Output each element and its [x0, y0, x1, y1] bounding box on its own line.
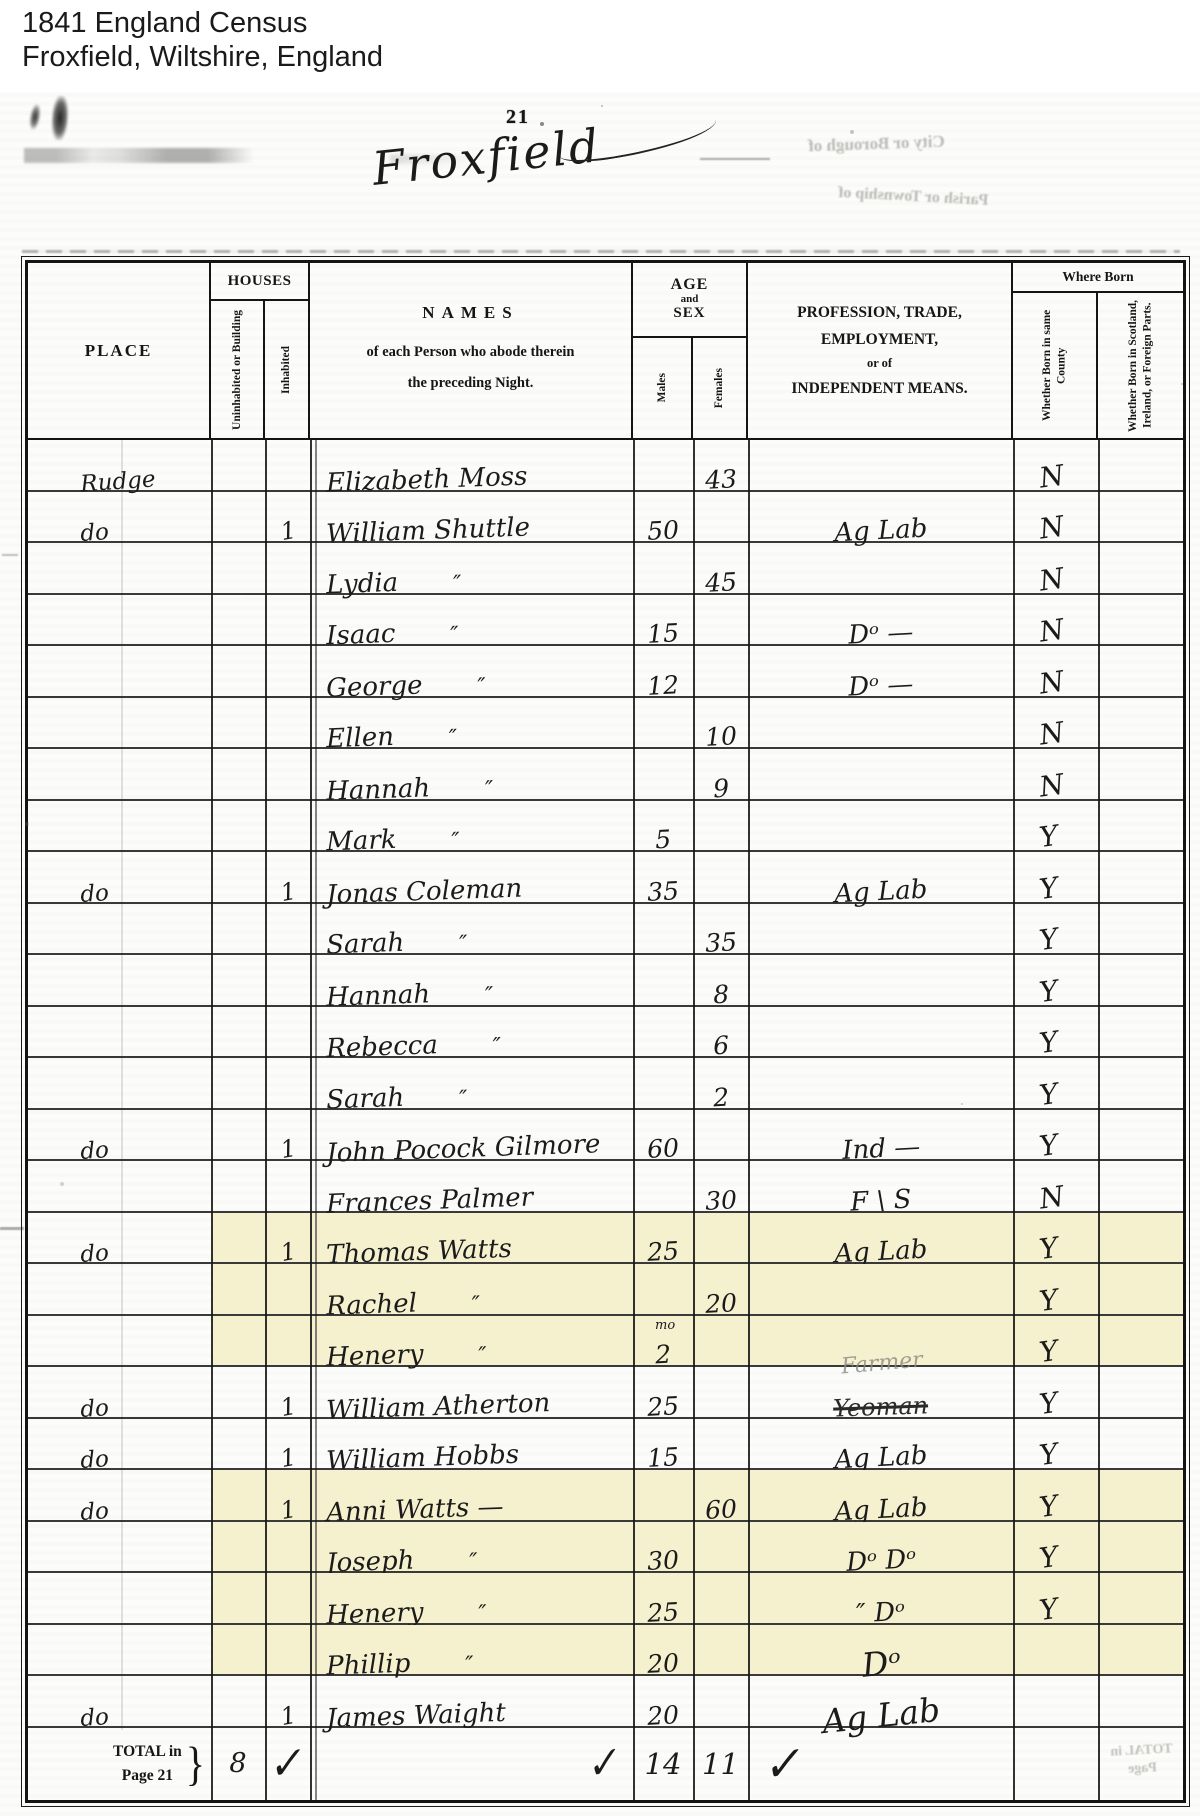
cell-inhabited: 1: [265, 852, 310, 902]
born-county-label: Whether Born in same County: [1040, 293, 1069, 438]
cell-born-county: N: [1013, 1161, 1098, 1211]
cell-born-county: N: [1013, 595, 1098, 645]
page: { "header": { "title": "1841 England Cen…: [0, 0, 1200, 1816]
cell-inhabited: 1: [265, 1419, 310, 1469]
cell-inhabited: 1: [265, 1110, 310, 1160]
column-rule: [265, 440, 267, 1800]
profession-line-3: or of: [867, 353, 892, 375]
table-row: Sarah″ 2 Y: [28, 1058, 1183, 1110]
cell-name: Frances Palmer: [310, 1161, 633, 1211]
handwritten-place-title: Froxfield: [370, 118, 603, 196]
cell-inhabited: [265, 646, 310, 696]
column-header-males: Males: [633, 338, 693, 438]
cell-age-males: 5: [633, 801, 693, 851]
cell-inhabited: [265, 1058, 310, 1108]
cell-born-elsewhere: [1098, 595, 1183, 645]
cell-born-county: Y: [1013, 852, 1098, 902]
cell-age-females: [693, 1110, 748, 1160]
checkmark: ✓: [759, 1735, 803, 1793]
cell-age-females: 35: [693, 904, 748, 954]
total-houses-check: ✓: [265, 1728, 310, 1800]
cell-uninhabited: [211, 749, 265, 799]
cell-profession: Ag Lab: [748, 1213, 1013, 1263]
scan-artifact-dash: [2, 554, 18, 556]
column-rule: [633, 440, 635, 1800]
cell-born-county: N: [1013, 440, 1098, 490]
cell-place: [28, 749, 211, 799]
cell-born-county: Y: [1013, 1058, 1098, 1108]
cell-born-county: Y: [1013, 955, 1098, 1005]
census-rows: Rudge Elizabeth Moss 43 N do 1 William S…: [28, 440, 1183, 1728]
cell-uninhabited: [211, 1264, 265, 1314]
cell-uninhabited: [211, 1522, 265, 1572]
cell-born-county: N: [1013, 698, 1098, 748]
cell-name: William Shuttle: [310, 492, 633, 542]
cell-place: do: [28, 1419, 211, 1469]
cell-name: Lydia″: [310, 543, 633, 593]
cell-place: [28, 801, 211, 851]
cell-age-males: mo2: [633, 1316, 693, 1366]
cell-place: do: [28, 1110, 211, 1160]
cell-profession: [748, 955, 1013, 1005]
cell-age-females: 6: [693, 1007, 748, 1057]
table-row: Isaac″ 15 Dᵒ — N: [28, 595, 1183, 647]
column-rule: [310, 440, 312, 1800]
cell-age-males: [633, 749, 693, 799]
females-label: Females: [712, 368, 726, 408]
cell-uninhabited: [211, 1213, 265, 1263]
cell-age-males: [633, 440, 693, 490]
total-females: 11: [693, 1728, 748, 1800]
cell-born-county: Y: [1013, 1419, 1098, 1469]
cell-profession: [748, 1007, 1013, 1057]
cell-name: Sarah″: [310, 904, 633, 954]
cell-age-females: 45: [693, 543, 748, 593]
cell-born-county: [1013, 1676, 1098, 1726]
cell-born-county: Y: [1013, 1007, 1098, 1057]
cell-uninhabited: [211, 955, 265, 1005]
cell-age-males: [633, 1470, 693, 1520]
cell-name: Thomas Watts: [310, 1213, 633, 1263]
cell-inhabited: [265, 440, 310, 490]
ink-smudge: [50, 95, 69, 140]
cell-born-elsewhere: [1098, 698, 1183, 748]
cell-age-females: 10: [693, 698, 748, 748]
cell-uninhabited: [211, 1007, 265, 1057]
cell-name: Jonas Coleman: [310, 852, 633, 902]
cell-place: do: [28, 1470, 211, 1520]
cell-inhabited: 1: [265, 492, 310, 542]
cell-profession: Ag Lab: [748, 852, 1013, 902]
table-row: do 1 John Pocock Gilmore 60 Ind — Y: [28, 1110, 1183, 1162]
cell-profession: Dᵒ: [748, 1625, 1013, 1675]
cell-born-elsewhere: [1098, 1625, 1183, 1675]
cell-inhabited: 1: [265, 1213, 310, 1263]
total-label: TOTAL in Page 21 }: [28, 1728, 211, 1800]
cell-uninhabited: [211, 1573, 265, 1623]
table-row: Henery″ 25 ″ Dᵒ Y: [28, 1573, 1183, 1625]
cell-profession: Ag Lab: [748, 1676, 1013, 1726]
table-row: Rudge Elizabeth Moss 43 N: [28, 440, 1183, 492]
cell-name: Phillip″: [310, 1625, 633, 1675]
column-rule: [1013, 440, 1015, 1800]
cell-born-county: [1013, 1625, 1098, 1675]
cell-age-males: 35: [633, 852, 693, 902]
cell-born-elsewhere: [1098, 543, 1183, 593]
census-table: PLACE HOUSES Uninhabited or Building Inh…: [25, 260, 1186, 1803]
cell-born-elsewhere: [1098, 1161, 1183, 1211]
table-row: Lydia″ 45 N: [28, 543, 1183, 595]
cell-name: Hannah″: [310, 749, 633, 799]
cell-age-females: 43: [693, 440, 748, 490]
cell-born-elsewhere: [1098, 1522, 1183, 1572]
cell-name: Sarah″: [310, 1058, 633, 1108]
cell-born-elsewhere: [1098, 749, 1183, 799]
cell-born-elsewhere: [1098, 801, 1183, 851]
cell-place: [28, 698, 211, 748]
total-profession-check: ✓: [748, 1728, 1013, 1800]
cell-place: [28, 1161, 211, 1211]
cell-profession: [748, 698, 1013, 748]
cell-uninhabited: [211, 1367, 265, 1417]
cell-age-males: 20: [633, 1676, 693, 1726]
born-elsewhere-label: Whether Born in Scotland, Ireland, or Fo…: [1126, 293, 1155, 438]
cell-inhabited: [265, 1161, 310, 1211]
cell-born-elsewhere: [1098, 1419, 1183, 1469]
cell-born-elsewhere: [1098, 1007, 1183, 1057]
bleed-through-vline: [121, 440, 123, 1730]
cell-uninhabited: [211, 1058, 265, 1108]
cell-age-males: [633, 955, 693, 1005]
cell-name: George″: [310, 646, 633, 696]
cell-uninhabited: [211, 646, 265, 696]
column-header-born-county: Whether Born in same County: [1013, 293, 1098, 438]
column-header-names: NAMES of each Person who abode therein t…: [310, 263, 633, 438]
cell-name: Mark″: [310, 801, 633, 851]
cell-inhabited: [265, 1573, 310, 1623]
table-row: Sarah″ 35 Y: [28, 904, 1183, 956]
uninhabited-label: Uninhabited or Building: [230, 310, 244, 430]
total-born-county-cell: [1013, 1728, 1098, 1800]
names-subtitle-2: the preceding Night.: [408, 368, 534, 398]
bleed-through-total: TOTAL in Page: [1110, 1740, 1174, 1780]
total-houses-value: 8: [229, 1748, 246, 1779]
table-row: do 1 William Atherton 25 YeomanFarmer Y: [28, 1367, 1183, 1419]
column-rule: [315, 440, 317, 1800]
total-label-line1: TOTAL in: [113, 1740, 182, 1763]
cell-age-males: 50: [633, 492, 693, 542]
cell-born-elsewhere: [1098, 1110, 1183, 1160]
cell-name: Ellen″: [310, 698, 633, 748]
cell-inhabited: [265, 1007, 310, 1057]
column-header-age-sex: AGE and SEX: [633, 263, 748, 338]
cell-age-females: [693, 1522, 748, 1572]
profession-line-2: EMPLOYMENT,: [821, 326, 938, 353]
cell-age-males: [633, 543, 693, 593]
cell-uninhabited: [211, 1676, 265, 1726]
table-row: Hannah″ 8 Y: [28, 955, 1183, 1007]
age-label: AGE: [671, 277, 709, 294]
cell-profession: F \ S: [748, 1161, 1013, 1211]
cell-inhabited: [265, 955, 310, 1005]
cell-age-females: [693, 1419, 748, 1469]
cell-inhabited: [265, 801, 310, 851]
cell-born-county: N: [1013, 749, 1098, 799]
cell-place: [28, 595, 211, 645]
cell-age-females: 20: [693, 1264, 748, 1314]
cell-place: [28, 543, 211, 593]
cell-born-elsewhere: [1098, 1316, 1183, 1366]
table-row: do 1 James Waight 20 Ag Lab: [28, 1676, 1183, 1728]
cell-profession: Ag Lab: [748, 492, 1013, 542]
cell-inhabited: [265, 749, 310, 799]
cell-age-females: [693, 492, 748, 542]
names-subtitle-1: of each Person who abode therein: [367, 337, 575, 367]
cell-age-females: [693, 1213, 748, 1263]
cell-age-males: [633, 904, 693, 954]
cell-profession: [748, 801, 1013, 851]
cell-age-females: 60: [693, 1470, 748, 1520]
cell-born-elsewhere: [1098, 955, 1183, 1005]
cell-uninhabited: [211, 440, 265, 490]
cell-age-females: [693, 1367, 748, 1417]
cell-place: do: [28, 492, 211, 542]
column-rule: [693, 440, 695, 1800]
cell-born-county: N: [1013, 646, 1098, 696]
inhabited-label: Inhabited: [279, 346, 293, 394]
cell-age-females: [693, 801, 748, 851]
cell-age-females: 2: [693, 1058, 748, 1108]
cell-born-elsewhere: [1098, 904, 1183, 954]
cell-name: John Pocock Gilmore: [310, 1110, 633, 1160]
cell-name: Joseph″: [310, 1522, 633, 1572]
document-header: 1841 England Census Froxfield, Wiltshire…: [22, 6, 383, 74]
cell-age-females: 30: [693, 1161, 748, 1211]
cell-inhabited: [265, 543, 310, 593]
cell-uninhabited: [211, 852, 265, 902]
ink-smudge: [28, 103, 42, 130]
males-label: Males: [655, 373, 669, 402]
cell-age-females: [693, 852, 748, 902]
cell-age-males: [633, 1161, 693, 1211]
table-row: Mark″ 5 Y: [28, 801, 1183, 853]
cell-born-elsewhere: [1098, 852, 1183, 902]
cell-profession: [748, 1058, 1013, 1108]
cell-age-females: 9: [693, 749, 748, 799]
bleed-through-text: Parish or Township of: [838, 184, 989, 210]
cell-profession: Dᵒ Dᵒ: [748, 1522, 1013, 1572]
cell-name: William Atherton: [310, 1367, 633, 1417]
cell-place: do: [28, 1367, 211, 1417]
table-row: Joseph″ 30 Dᵒ Dᵒ Y: [28, 1522, 1183, 1574]
cell-name: Rachel″: [310, 1264, 633, 1314]
cell-uninhabited: [211, 1161, 265, 1211]
bleed-through-text: City or Borough of: [808, 132, 945, 157]
table-row: do 1 William Shuttle 50 Ag Lab N: [28, 492, 1183, 544]
cell-inhabited: 1: [265, 1367, 310, 1417]
cell-age-males: 25: [633, 1213, 693, 1263]
cell-age-females: [693, 1676, 748, 1726]
table-row: Phillip″ 20 Dᵒ: [28, 1625, 1183, 1677]
total-houses: 8: [211, 1728, 265, 1800]
cell-age-males: [633, 698, 693, 748]
cell-profession: Ag Lab: [748, 1419, 1013, 1469]
census-title: 1841 England Census: [22, 6, 383, 40]
column-header-inhabited: Inhabited: [265, 301, 310, 438]
cell-born-elsewhere: [1098, 1213, 1183, 1263]
cell-age-males: [633, 1264, 693, 1314]
cell-place: [28, 1058, 211, 1108]
cell-profession: [748, 749, 1013, 799]
cell-age-females: [693, 646, 748, 696]
cell-born-elsewhere: [1098, 1367, 1183, 1417]
cell-born-elsewhere: [1098, 440, 1183, 490]
cell-profession: [748, 543, 1013, 593]
names-title: NAMES: [422, 303, 518, 323]
total-brace: }: [186, 1735, 205, 1791]
cell-name: Anni Watts —: [310, 1470, 633, 1520]
sex-label: SEX: [673, 306, 705, 322]
total-label-line2: Page 21: [113, 1764, 182, 1787]
cell-profession: Ind —: [748, 1110, 1013, 1160]
total-names-check: ✓: [310, 1728, 633, 1800]
cell-born-county: Y: [1013, 1573, 1098, 1623]
table-row: Frances Palmer 30 F \ S N: [28, 1161, 1183, 1213]
cell-age-males: 30: [633, 1522, 693, 1572]
cell-born-county: Y: [1013, 1470, 1098, 1520]
cell-place: [28, 904, 211, 954]
cell-age-males: 60: [633, 1110, 693, 1160]
table-row: do 1 William Hobbs 15 Ag Lab Y: [28, 1419, 1183, 1471]
cell-born-elsewhere: [1098, 1573, 1183, 1623]
cell-place: [28, 1007, 211, 1057]
cell-name: Rebecca″: [310, 1007, 633, 1057]
bleed-through-line: [700, 158, 770, 160]
cell-born-county: N: [1013, 492, 1098, 542]
profession-line-1: PROFESSION, TRADE,: [797, 299, 962, 326]
cell-born-county: Y: [1013, 1110, 1098, 1160]
cell-profession: YeomanFarmer: [748, 1367, 1013, 1417]
cell-uninhabited: [211, 1625, 265, 1675]
cell-age-males: 12: [633, 646, 693, 696]
cell-uninhabited: [211, 904, 265, 954]
table-row: Rebecca″ 6 Y: [28, 1007, 1183, 1059]
cell-uninhabited: [211, 698, 265, 748]
cell-name: Henery″: [310, 1573, 633, 1623]
cell-age-females: [693, 1316, 748, 1366]
cell-born-county: Y: [1013, 1264, 1098, 1314]
table-row: Ellen″ 10 N: [28, 698, 1183, 750]
cell-inhabited: [265, 595, 310, 645]
cell-inhabited: [265, 1264, 310, 1314]
total-males: 14: [633, 1728, 693, 1800]
table-row: do 1 Jonas Coleman 35 Ag Lab Y: [28, 852, 1183, 904]
cell-inhabited: 1: [265, 1676, 310, 1726]
cell-place: [28, 646, 211, 696]
census-body: Rudge Elizabeth Moss 43 N do 1 William S…: [28, 440, 1183, 1800]
cell-place: [28, 1522, 211, 1572]
cell-inhabited: 1: [265, 1470, 310, 1520]
cell-place: [28, 955, 211, 1005]
cell-place: [28, 1264, 211, 1314]
cell-inhabited: [265, 904, 310, 954]
cell-born-county: Y: [1013, 1522, 1098, 1572]
column-rule: [748, 440, 750, 1800]
cell-born-county: Y: [1013, 1367, 1098, 1417]
cell-place: do: [28, 852, 211, 902]
cell-profession: Dᵒ —: [748, 646, 1013, 696]
cell-born-elsewhere: [1098, 492, 1183, 542]
scan-artifact-line: [22, 250, 1180, 253]
cell-name: Henery″: [310, 1316, 633, 1366]
column-header-females: Females: [693, 338, 748, 438]
cell-name: William Hobbs: [310, 1419, 633, 1469]
cell-profession: [748, 904, 1013, 954]
column-header-where-born: Where Born: [1013, 263, 1183, 293]
cell-name: Isaac″: [310, 595, 633, 645]
table-row: Henery″ mo2 Y: [28, 1316, 1183, 1368]
cell-profession: [748, 1264, 1013, 1314]
cell-uninhabited: [211, 543, 265, 593]
cell-uninhabited: [211, 1316, 265, 1366]
cell-name: Hannah″: [310, 955, 633, 1005]
cell-age-males: 15: [633, 1419, 693, 1469]
column-header-houses: HOUSES: [211, 263, 310, 301]
table-row: Rachel″ 20 Y: [28, 1264, 1183, 1316]
column-header-uninhabited: Uninhabited or Building: [211, 301, 265, 438]
cell-age-males: 15: [633, 595, 693, 645]
cell-born-county: N: [1013, 543, 1098, 593]
cell-age-females: [693, 1573, 748, 1623]
cell-uninhabited: [211, 492, 265, 542]
cell-age-males: [633, 1058, 693, 1108]
cell-inhabited: [265, 1625, 310, 1675]
table-row: do 1 Thomas Watts 25 Ag Lab Y: [28, 1213, 1183, 1265]
cell-age-females: [693, 1625, 748, 1675]
cell-name: Elizabeth Moss: [310, 440, 633, 490]
table-header: PLACE HOUSES Uninhabited or Building Inh…: [28, 263, 1183, 440]
cell-inhabited: [265, 698, 310, 748]
cell-uninhabited: [211, 1110, 265, 1160]
column-rule: [211, 440, 213, 1800]
column-header-place: PLACE: [28, 263, 211, 438]
faded-handwriting-smudge: [24, 148, 254, 163]
census-subtitle: Froxfield, Wiltshire, England: [22, 40, 383, 74]
cell-born-county: Y: [1013, 904, 1098, 954]
column-header-profession: PROFESSION, TRADE, EMPLOYMENT, or of IND…: [748, 263, 1013, 438]
cell-profession: Ag Lab: [748, 1470, 1013, 1520]
cell-born-county: Y: [1013, 1213, 1098, 1263]
cell-born-elsewhere: [1098, 1676, 1183, 1726]
cell-born-elsewhere: [1098, 1470, 1183, 1520]
cell-uninhabited: [211, 1470, 265, 1520]
column-rule: [1098, 440, 1100, 1800]
cell-inhabited: [265, 1316, 310, 1366]
profession-line-4: INDEPENDENT MEANS.: [791, 375, 967, 402]
column-header-born-elsewhere: Whether Born in Scotland, Ireland, or Fo…: [1098, 293, 1183, 438]
cell-age-males: [633, 1007, 693, 1057]
table-row: Hannah″ 9 N: [28, 749, 1183, 801]
table-row: George″ 12 Dᵒ — N: [28, 646, 1183, 698]
cell-born-county: Y: [1013, 1316, 1098, 1366]
cell-place: Rudge: [28, 440, 211, 490]
cell-born-county: Y: [1013, 801, 1098, 851]
cell-age-males: 25: [633, 1367, 693, 1417]
cell-place: [28, 1316, 211, 1366]
total-born-elsewhere-cell: TOTAL in Page: [1098, 1728, 1183, 1800]
cell-age-females: [693, 595, 748, 645]
scanned-census-page: 21 Froxfield City or Borough of Parish o…: [0, 92, 1200, 1816]
